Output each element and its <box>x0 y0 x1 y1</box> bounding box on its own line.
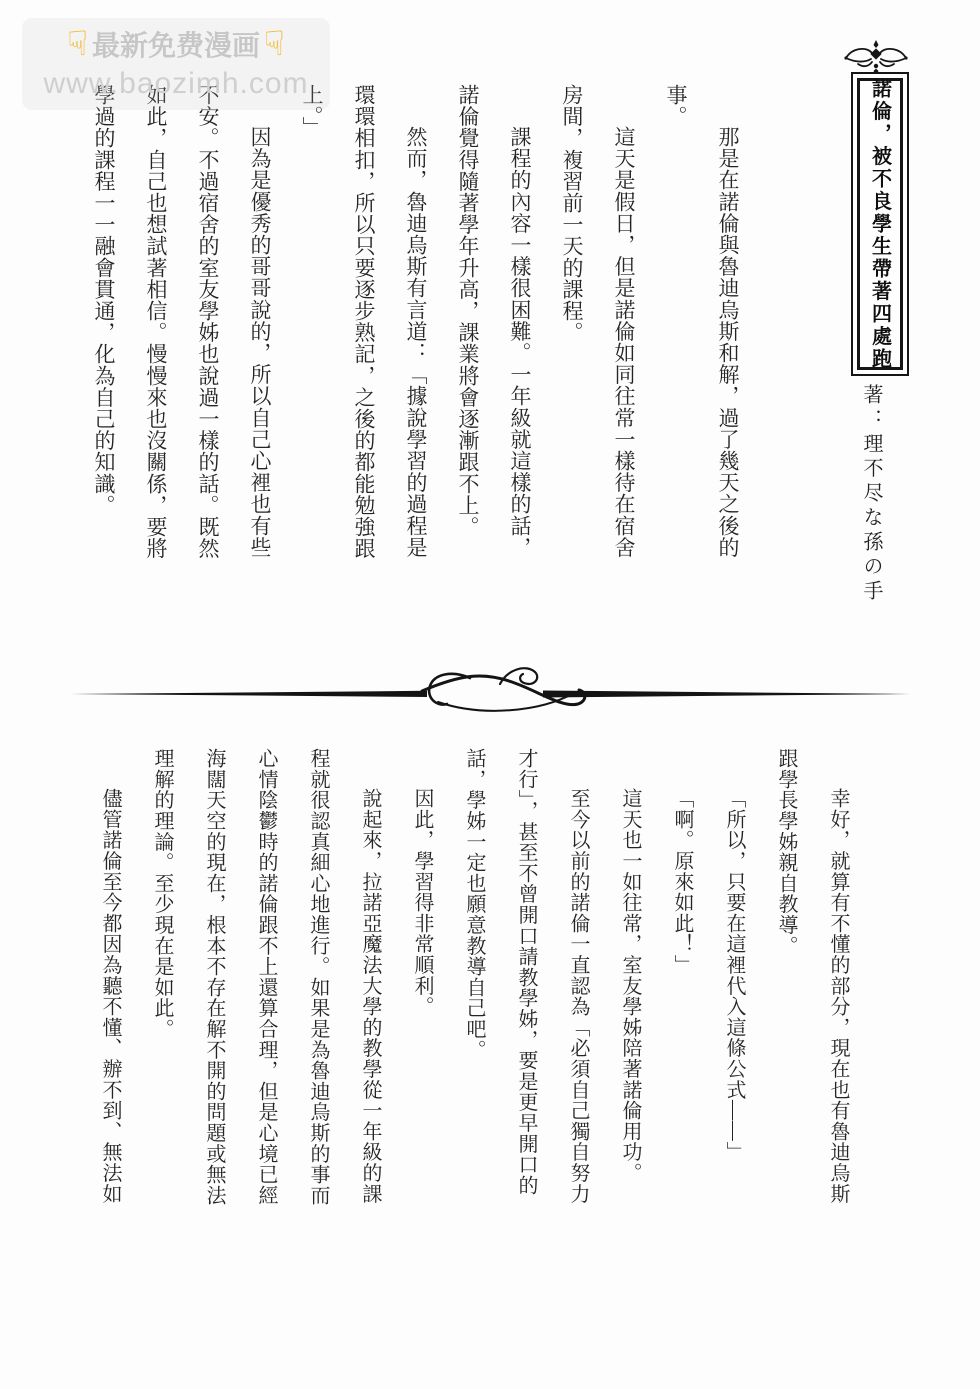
paragraph: 因此，學習得非常順利。 <box>396 748 448 1206</box>
section-divider-flourish <box>70 662 910 722</box>
chapter-title: 諾倫，被不良學生帶著四處跑 <box>866 78 895 371</box>
paragraph: 因為是優秀的哥哥說的，所以自己心裡也有些不安。不過宿舍的室友學姊也說過一樣的話。… <box>78 84 286 562</box>
paragraph: 說起來，拉諾亞魔法大學的教學從一年級的課程就很認真細心地進行。如果是為魯迪烏斯的… <box>136 748 396 1206</box>
paragraph: 「所以，只要在這裡代入這條公式——」 <box>708 748 760 1206</box>
chapter-title-inner-frame: 諾倫，被不良學生帶著四處跑 <box>857 78 903 370</box>
paragraph: 幸好，就算有不懂的部分，現在也有魯迪烏斯跟學長學姊親自教導。 <box>760 748 864 1206</box>
story-text-top: 那是在諾倫與魯迪烏斯和解，過了幾天之後的事。 這天是假日，但是諾倫如同往常一樣待… <box>60 84 754 562</box>
watermark-headline: ☟ 最新免费漫画 ☟ <box>67 29 284 63</box>
fleuron-ornament-icon <box>838 40 914 76</box>
finger-down-icon: ☟ <box>264 27 285 61</box>
paragraph: 那是在諾倫與魯迪烏斯和解，過了幾天之後的事。 <box>650 84 754 562</box>
paragraph: 這天也一如往常，室友學姊陪著諾倫用功。 <box>604 748 656 1206</box>
novel-page: 諾倫，被不良學生帶著四處跑 著：理不尽な孫の手 那是在諾倫與魯迪烏斯和解，過了幾… <box>0 0 980 1389</box>
paragraph: 然而，魯迪烏斯有言道：「據說學習的過程是環環相扣，所以只要逐步熟記，之後的都能勉… <box>286 84 442 562</box>
story-text-bottom: 幸好，就算有不懂的部分，現在也有魯迪烏斯跟學長學姊親自教導。 「所以，只要在這裡… <box>60 748 864 1206</box>
finger-down-icon: ☟ <box>67 27 88 61</box>
paragraph: 「啊。原來如此！」 <box>656 748 708 1206</box>
paragraph: 這天是假日，但是諾倫如同往常一樣待在宿舍房間，複習前一天的課程。 <box>546 84 650 562</box>
paragraph: 至今以前的諾倫一直認為「必須自己獨自努力才行」，甚至不曾開口請教學姊，要是更早開… <box>448 748 604 1206</box>
author-credit: 著：理不尽な孫の手 <box>857 384 886 605</box>
paragraph: 儘管諾倫至今都因為聽不懂、辦不到、無法如 <box>84 748 136 1206</box>
watermark-title: 最新免费漫画 <box>92 32 260 60</box>
chapter-title-box: 諾倫，被不良學生帶著四處跑 <box>851 72 909 376</box>
paragraph: 課程的內容一樣很困難。一年級就這樣的話，諾倫覺得隨著學年升高，課業將會逐漸跟不上… <box>442 84 546 562</box>
